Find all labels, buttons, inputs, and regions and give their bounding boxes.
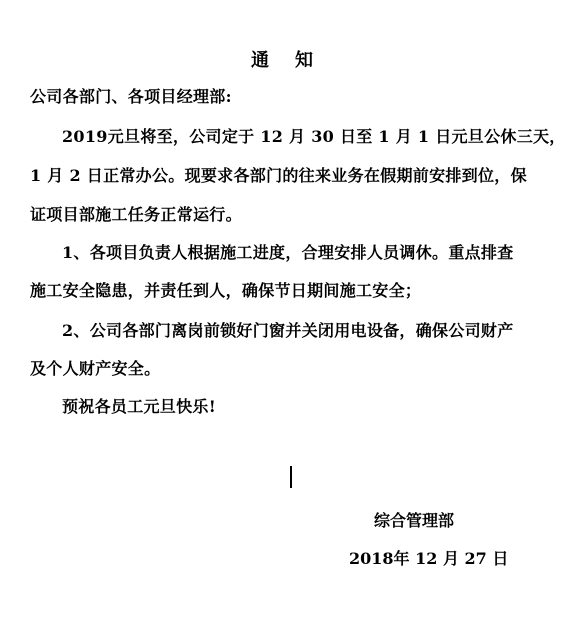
paragraph1-line2: 1 月 2 日正常办公。现要求各部门的往来业务在假期前安排到位，保 xyxy=(30,163,535,186)
item1-line2: 施工安全隐患，并责任到人，确保节日期间施工安全； xyxy=(30,278,535,301)
document-page: 通知 公司各部门、各项目经理部: 2019元旦将至，公司定于 12 月 30 日… xyxy=(0,0,564,623)
signature-department: 综合管理部 xyxy=(374,508,454,531)
paragraph1-line3: 证项目部施工任务正常运行。 xyxy=(30,202,535,225)
closing-greeting: 预祝各员工元旦快乐! xyxy=(62,394,564,417)
item1-line1: 1、各项目负责人根据施工进度，合理安排人员调休。重点排查 xyxy=(62,240,564,263)
salutation: 公司各部门、各项目经理部: xyxy=(30,84,535,107)
text-cursor xyxy=(290,466,292,488)
title-char-1: 通 xyxy=(251,50,269,71)
title-char-2: 知 xyxy=(295,50,313,71)
paragraph1-line1: 2019元旦将至，公司定于 12 月 30 日至 1 月 1 日元旦公休三天， xyxy=(62,124,564,147)
signature-date: 2018年 12 月 27 日 xyxy=(349,546,508,569)
document-title: 通知 xyxy=(0,46,564,72)
item2-line1: 2、公司各部门离岗前锁好门窗并关闭用电设备，确保公司财产 xyxy=(62,318,564,341)
item2-line2: 及个人财产安全。 xyxy=(30,356,535,379)
